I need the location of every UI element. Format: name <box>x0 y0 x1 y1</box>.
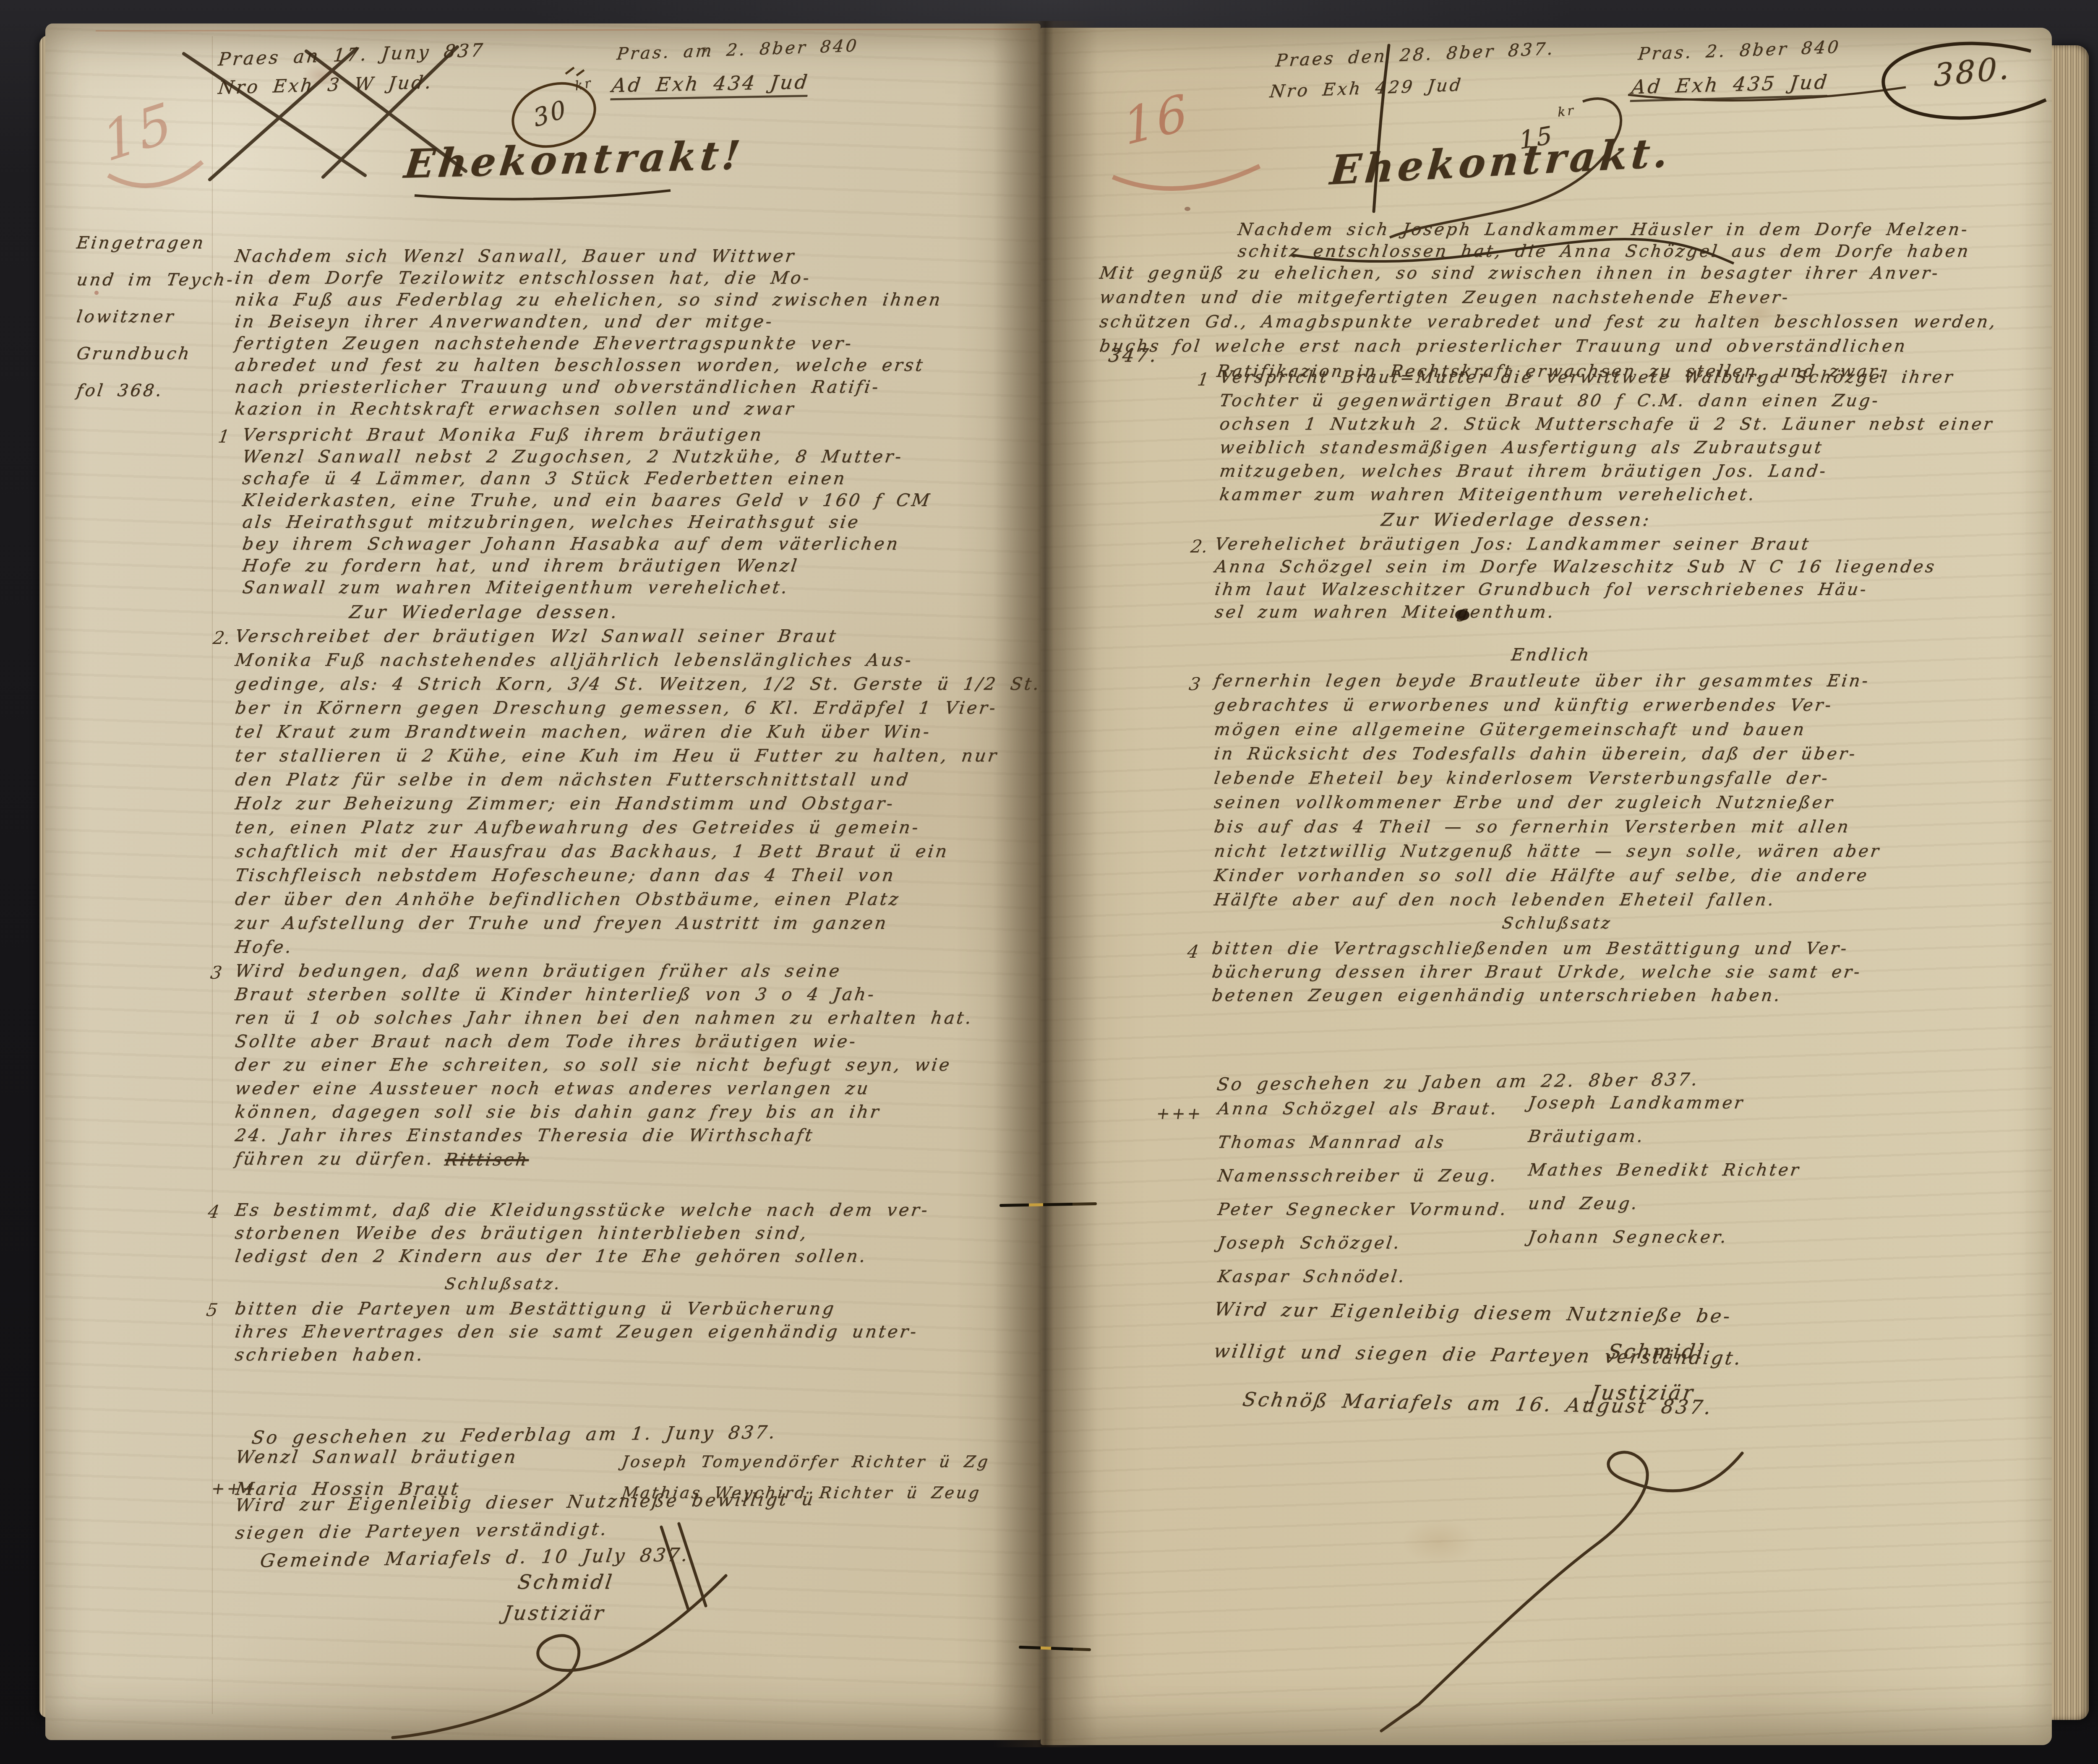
presentation-note-crossed-line1: Praes an 17. Juny 837 <box>217 40 486 70</box>
right-page: 16 Praes den 28. 8ber 837. Nro Exh 429 J… <box>1041 28 2052 1745</box>
fee-stamp-unit: kr <box>1558 103 1576 120</box>
center-heading-schlussatz: Schlußsatz. <box>444 1274 563 1293</box>
presentation-note-1840-line1: Pras. am 2. 8ber 840 <box>616 36 860 64</box>
contract-item-1: Verspricht Braut Monika Fuß ihrem bräuti… <box>243 425 931 599</box>
page-title: Ehekontrakt! <box>402 132 746 188</box>
item-number-3: 3 <box>1188 674 1202 694</box>
contract-item-4: bitten die Vertragschließenden um Bestät… <box>1212 939 1861 1009</box>
folio-page-number: 380. <box>1934 50 2011 94</box>
contract-item-3: Wird bedungen, daß wenn bräutigen früher… <box>235 961 973 1172</box>
red-crayon-number: 15 <box>97 91 180 175</box>
fee-stamp-unit: kr <box>574 76 593 94</box>
presentation-note-crossed-line2: Nro Exh 3 W Jud. <box>217 72 434 99</box>
contract-item-3: fernerhin legen beyde Brautleute über ih… <box>1214 671 1880 915</box>
contract-item-1: Verspricht Braut=Mutter die verwittwete … <box>1219 367 1994 508</box>
signature-paraph-flourish <box>1381 1452 1742 1731</box>
registration-clause: Wird zur Eigenleibig dieser Nutznieße be… <box>235 1489 815 1550</box>
bride-cross-marks: +++ <box>1155 1104 1204 1123</box>
official-signature-name: Schmidl <box>1606 1340 1707 1363</box>
center-heading-wiederlage: Zur Wiederlage dessen. <box>348 602 621 622</box>
margin-note-grundbuch: Eingetragenund im Teych-lowitznerGrundbu… <box>76 233 233 418</box>
contract-item-5: bitten die Parteyen um Bestättigung ü Ve… <box>235 1298 918 1368</box>
contract-intro: Nachdem sich Wenzl Sanwall, Bauer und Wi… <box>235 246 942 420</box>
center-heading-wiederlage: Zur Wiederlage dessen: <box>1380 509 1653 530</box>
item-number-1: 1 <box>1196 369 1211 390</box>
official-signature-title: Justiziär <box>502 1602 607 1625</box>
presentation-note-1840-line1: Pras. 2. 8ber 840 <box>1637 36 1842 64</box>
fee-stamp-value: 30 <box>531 94 570 133</box>
presentation-note-line1: Praes den 28. 8ber 837. <box>1275 38 1556 70</box>
contract-intro-indented: Nachdem sich Joseph Landkammer Häusler i… <box>1238 220 1970 263</box>
official-signature-title: Justiziär <box>1589 1381 1696 1404</box>
item-number-2: 2. <box>1190 536 1209 557</box>
red-speck <box>1185 207 1190 211</box>
contract-intro-fullwidth: Mit gegnüß zu ehelichen, so sind zwische… <box>1099 263 1997 361</box>
signature-column-left: Anna Schözgel als Braut.Thomas Mannrad a… <box>1217 1099 1507 1300</box>
manuscript-scan: 15 Praes an 17. Juny 837 Nro Exh 3 W Jud… <box>0 0 2098 1764</box>
signature-column-right: Joseph LandkammerBräutigam.Mathes Benedi… <box>1527 1093 1799 1261</box>
exhibit-number-line: Ad Exh 434 Jud <box>610 70 811 100</box>
red-crayon-swoosh <box>1113 166 1260 189</box>
title-underline <box>415 190 671 199</box>
exhibit-number-line: Ad Exh 435 Jud <box>1630 70 1830 102</box>
red-ruled-edge-line <box>96 29 1031 31</box>
contract-item-2: Verehelichet bräutigen Jos: Landkammer s… <box>1215 534 1936 625</box>
item-number-5: 5 <box>205 1300 219 1320</box>
struck-out-word: Rittisch <box>444 1149 530 1170</box>
contract-date-line: So geschehen zu Federblag am 1. Juny 837… <box>251 1422 778 1448</box>
margin-folio-reference: 347. <box>1107 345 1159 366</box>
red-crayon-number: 16 <box>1120 83 1193 156</box>
item-number-3: 3 <box>209 962 224 983</box>
item-number-2: 2. <box>212 628 232 648</box>
contract-item-4: Es bestimmt, daß die Kleidungsstücke wel… <box>235 1200 929 1269</box>
center-heading-schlussatz: Schlußsatz <box>1501 914 1613 932</box>
page-title: Ehekontrakt. <box>1328 128 1674 194</box>
item-number-4: 4 <box>1186 941 1200 962</box>
presentation-note-line2: Nro Exh 429 Jud <box>1269 75 1464 102</box>
official-signature-name: Schmidl <box>516 1571 615 1594</box>
book-fore-edge-right <box>2049 45 2089 1720</box>
contract-date-line: So geschehen zu Jaben am 22. 8ber 837. <box>1216 1069 1701 1094</box>
item-number-1: 1 <box>217 426 231 447</box>
item-number-4: 4 <box>207 1201 221 1222</box>
left-page: 15 Praes an 17. Juny 837 Nro Exh 3 W Jud… <box>45 23 1041 1740</box>
center-heading-endlich: Endlich <box>1510 645 1592 664</box>
contract-item-2: Verschreibet der bräutigen Wzl Sanwall s… <box>235 626 1041 961</box>
